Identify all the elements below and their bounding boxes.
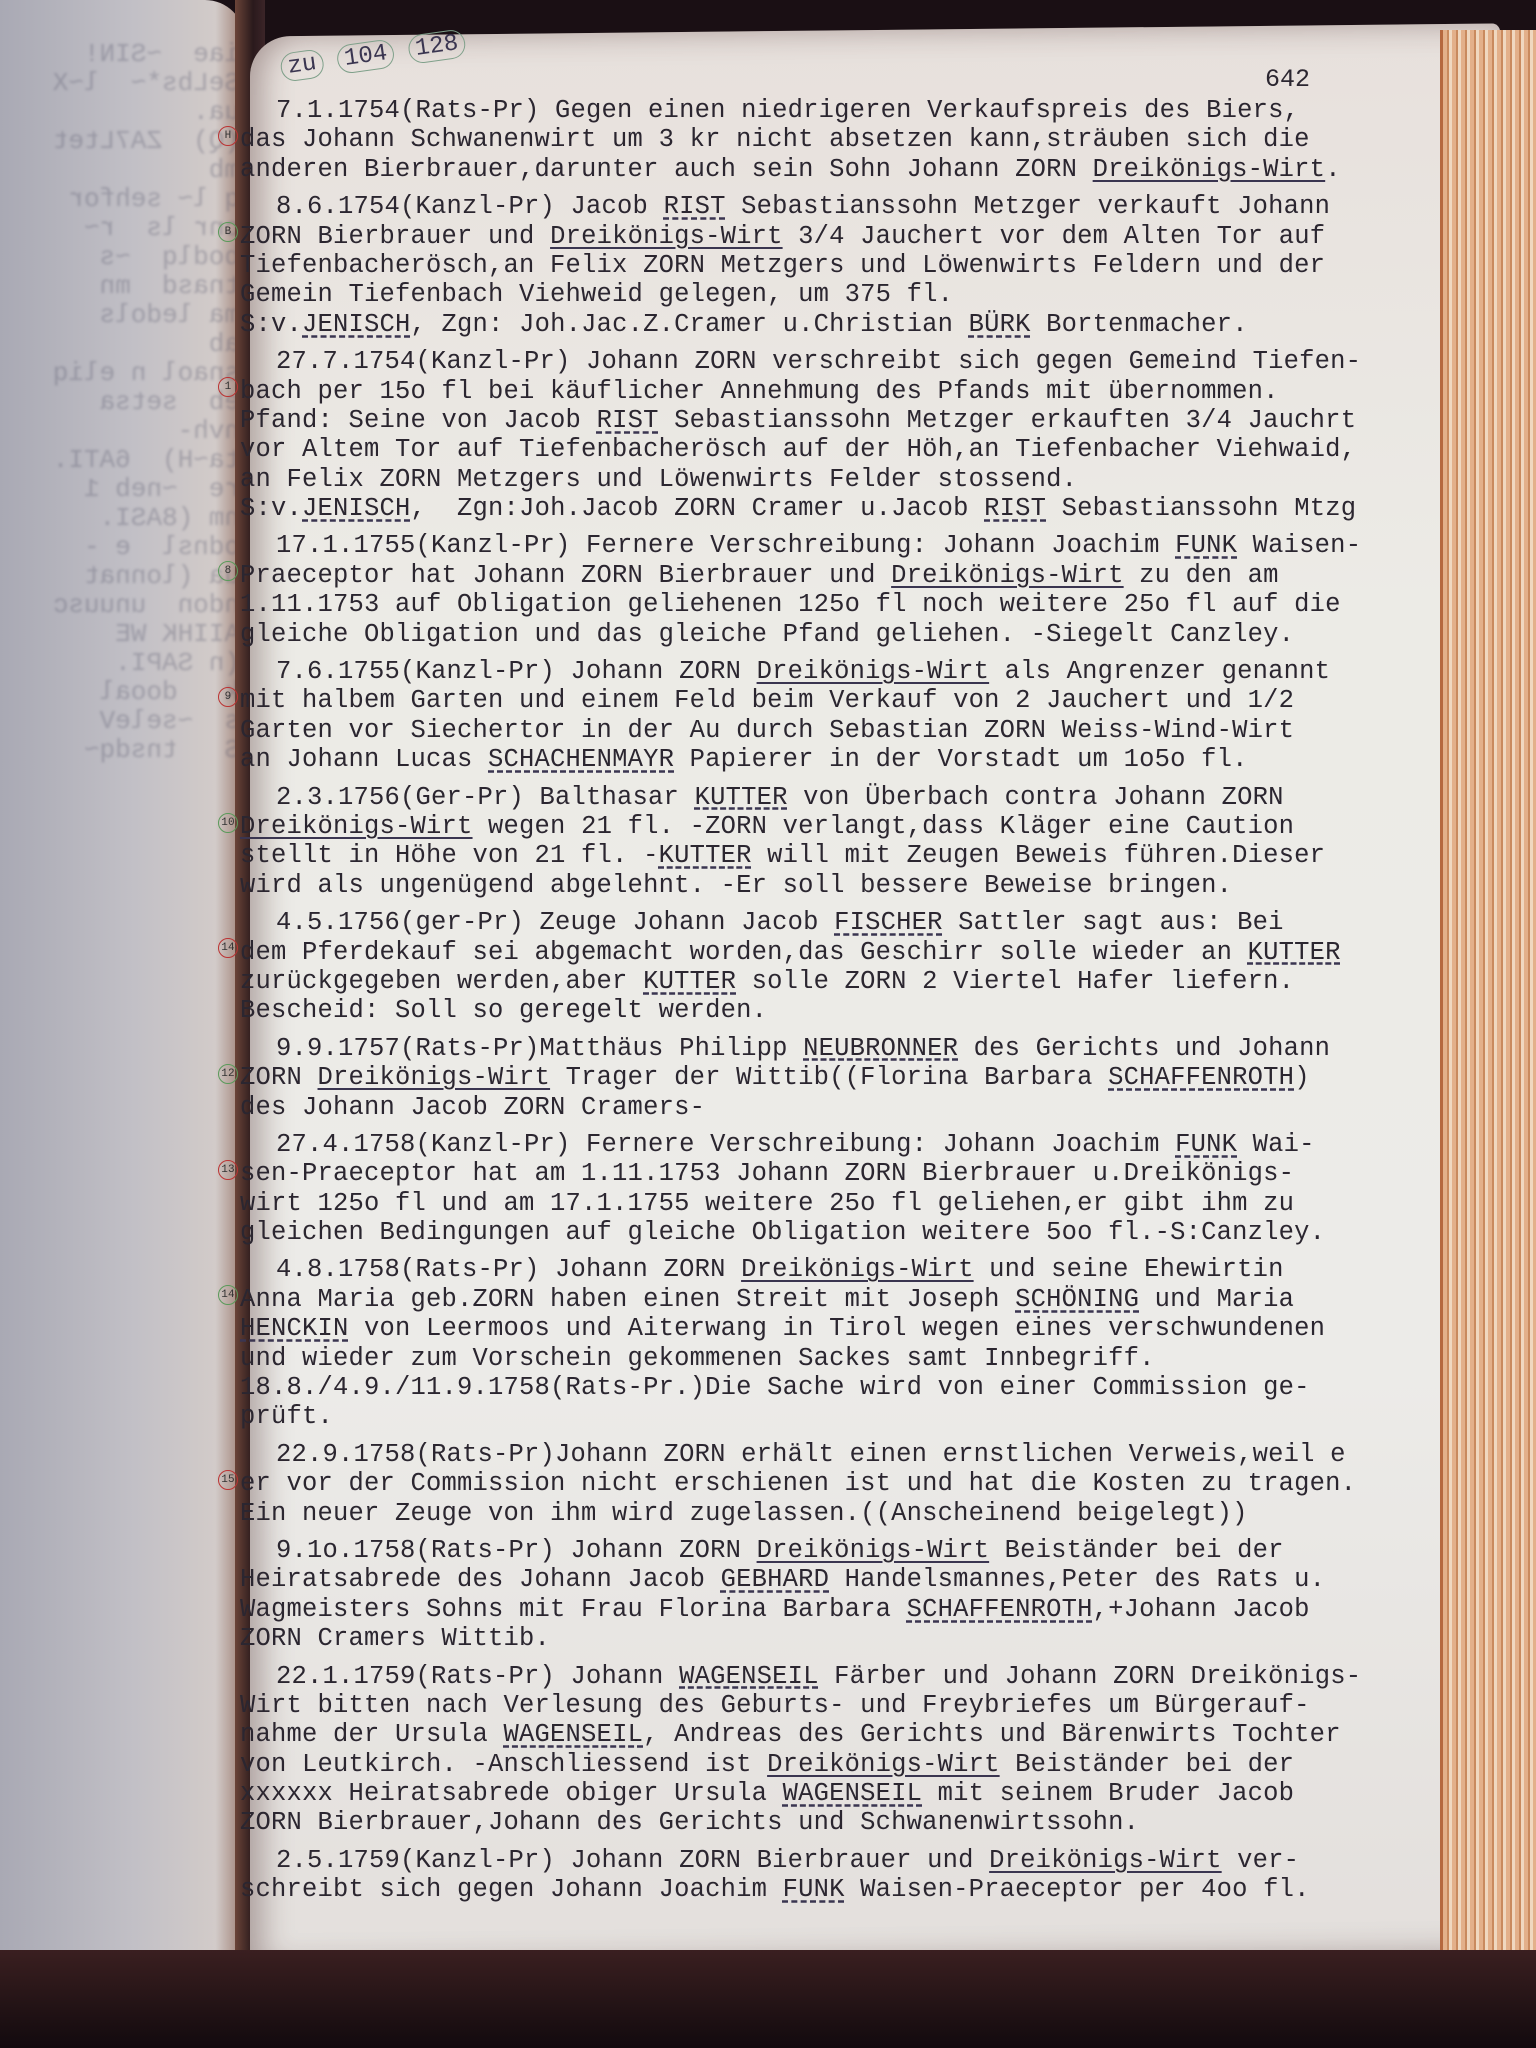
entry-22.1.1759: 22.1.1759(Rats-Pr) Johann WAGENSEIL Färb… (240, 1662, 1470, 1838)
entry-text-line: bach per 15o fl bei käuflicher Annehmung… (240, 377, 1470, 406)
entry-text-line: ZORN Dreikönigs-Wirt Trager der Wittib((… (240, 1063, 1470, 1092)
entry-text-line: Ein neuer Zeuge von ihm wird zugelassen.… (240, 1499, 1470, 1528)
margin-annotation-mark: 13 (218, 1160, 238, 1180)
entry-text-line: nahme der Ursula WAGENSEIL, Andreas des … (240, 1720, 1470, 1749)
entry-text-line: das Johann Schwanenwirt um 3 kr nicht ab… (240, 125, 1470, 154)
entry-text-line: er vor der Commission nicht erschienen i… (240, 1469, 1470, 1498)
entry-text-line: Dreikönigs-Wirt wegen 21 fl. -ZORN verla… (240, 812, 1470, 841)
entry-27.4.1758: 27.4.1758(Kanzl-Pr) Fernere Verschreibun… (240, 1130, 1470, 1248)
entry-17.1.1755: 17.1.1755(Kanzl-Pr) Fernere Verschreibun… (240, 531, 1470, 649)
entry-text-line: prüft. (240, 1402, 1470, 1431)
entry-text-line: xxxxxx Heiratsabrede obiger Ursula WAGEN… (240, 1779, 1470, 1808)
entry-text-line: Wirt bitten nach Verlesung des Geburts- … (240, 1691, 1470, 1720)
entry-heading-line: 9.1o.1758(Rats-Pr) Johann ZORN Dreikönig… (240, 1536, 1470, 1565)
entry-heading-line: 4.5.1756(ger-Pr) Zeuge Johann Jacob FISC… (240, 908, 1470, 937)
entry-9.10.1758: 9.1o.1758(Rats-Pr) Johann ZORN Dreikönig… (240, 1536, 1470, 1654)
entry-text-line: gleiche Obligation und das gleiche Pfand… (240, 620, 1470, 649)
entry-text-line: Heiratsabrede des Johann Jacob GEBHARD H… (240, 1565, 1470, 1594)
entry-text-line: Praeceptor hat Johann ZORN Bierbrauer un… (240, 561, 1470, 590)
entry-text-line: Gemein Tiefenbach Viehweid gelegen, um 3… (240, 280, 1470, 309)
margin-annotation-mark: 15 (218, 1470, 238, 1490)
entry-text-line: Pfand: Seine von Jacob RIST Sebastiansso… (240, 406, 1470, 435)
entry-9.9.1757: 9.9.1757(Rats-Pr)Matthäus Philipp NEUBRO… (240, 1034, 1470, 1122)
entry-heading-line: 2.3.1756(Ger-Pr) Balthasar KUTTER von Üb… (240, 783, 1470, 812)
entry-heading-line: 9.9.1757(Rats-Pr)Matthäus Philipp NEUBRO… (240, 1034, 1470, 1063)
entry-7.6.1755: 7.6.1755(Kanzl-Pr) Johann ZORN Dreikönig… (240, 657, 1470, 775)
entry-text-line: schreibt sich gegen Johann Joachim FUNK … (240, 1875, 1470, 1904)
entry-text-line: HENCKIN von Leermoos und Aiterwang in Ti… (240, 1314, 1470, 1343)
entry-text-line: von Leutkirch. -Anschliessend ist Dreikö… (240, 1750, 1470, 1779)
entry-22.9.1758: 22.9.1758(Rats-Pr)Johann ZORN erhält ein… (240, 1440, 1470, 1528)
entry-text-line: ZORN Bierbrauer und Dreikönigs-Wirt 3/4 … (240, 222, 1470, 251)
entry-text-line: 1.11.1753 auf Obligation geliehenen 125o… (240, 590, 1470, 619)
entry-heading-line: 7.6.1755(Kanzl-Pr) Johann ZORN Dreikönig… (240, 657, 1470, 686)
margin-annotation-mark: 12 (218, 1064, 238, 1084)
left-page-bleed-through-text: iae ~SIN! SeLbs*~ l~X ua. (Q) ZA7Ltet mb… (0, 40, 240, 765)
entry-text-line: des Johann Jacob ZORN Cramers- (240, 1093, 1470, 1122)
entry-heading-line: 27.4.1758(Kanzl-Pr) Fernere Verschreibun… (240, 1130, 1470, 1159)
entry-text-line: Wagmeisters Sohns mit Frau Florina Barba… (240, 1595, 1470, 1624)
entry-8.6.1754: 8.6.1754(Kanzl-Pr) Jacob RIST Sebastians… (240, 192, 1470, 339)
entry-text-line: sen-Praeceptor hat am 1.11.1753 Johann Z… (240, 1159, 1470, 1188)
entry-text-line: 18.8./4.9./11.9.1758(Rats-Pr.)Die Sache … (240, 1373, 1470, 1402)
entry-heading-line: 27.7.1754(Kanzl-Pr) Johann ZORN verschre… (240, 347, 1470, 376)
entry-4.8.1758: 4.8.1758(Rats-Pr) Johann ZORN Dreikönigs… (240, 1255, 1470, 1431)
margin-annotation-mark: 9 (218, 687, 238, 707)
entry-2.3.1756: 2.3.1756(Ger-Pr) Balthasar KUTTER von Üb… (240, 783, 1470, 901)
entry-text-line: ZORN Cramers Wittib. (240, 1624, 1470, 1653)
entry-text-line: Garten vor Siechertor in der Au durch Se… (240, 716, 1470, 745)
entry-27.7.1754: 27.7.1754(Kanzl-Pr) Johann ZORN verschre… (240, 347, 1470, 523)
entry-4.5.1756: 4.5.1756(ger-Pr) Zeuge Johann Jacob FISC… (240, 908, 1470, 1026)
margin-annotation-mark: H (218, 126, 238, 146)
entry-text-line: und wieder zum Vorschein gekommenen Sack… (240, 1344, 1470, 1373)
margin-annotation-mark: 1 (218, 377, 238, 397)
page-body: 7.1.1754(Rats-Pr) Gegen einen niedrigere… (240, 88, 1470, 1905)
entry-text-line: S:v.JENISCH, Zgn:Joh.Jacob ZORN Cramer u… (240, 494, 1470, 523)
entry-text-line: an Felix ZORN Metzgers und Löwenwirts Fe… (240, 465, 1470, 494)
bottom-shadow (0, 1950, 1536, 2048)
entry-text-line: gleichen Bedingungen auf gleiche Obligat… (240, 1218, 1470, 1247)
entry-text-line: dem Pferdekauf sei abgemacht worden,das … (240, 938, 1470, 967)
entry-heading-line: 8.6.1754(Kanzl-Pr) Jacob RIST Sebastians… (240, 192, 1470, 221)
entry-heading-line: 4.8.1758(Rats-Pr) Johann ZORN Dreikönigs… (240, 1255, 1470, 1284)
entry-text-line: wirt 125o fl und am 17.1.1755 weitere 25… (240, 1189, 1470, 1218)
entry-text-line: mit halbem Garten und einem Feld beim Ve… (240, 686, 1470, 715)
entry-heading-line: 7.1.1754(Rats-Pr) Gegen einen niedrigere… (240, 96, 1470, 125)
entry-text-line: Anna Maria geb.ZORN haben einen Streit m… (240, 1285, 1470, 1314)
entry-2.5.1759: 2.5.1759(Kanzl-Pr) Johann ZORN Bierbraue… (240, 1846, 1470, 1905)
entry-text-line: S:v.JENISCH, Zgn: Joh.Jac.Z.Cramer u.Chr… (240, 310, 1470, 339)
entry-text-line: Bescheid: Soll so geregelt werden. (240, 996, 1470, 1025)
margin-annotation-mark: 10 (218, 813, 238, 833)
entry-text-line: Tiefenbacherösch,an Felix ZORN Metzgers … (240, 251, 1470, 280)
entry-text-line: stellt in Höhe von 21 fl. -KUTTER will m… (240, 841, 1470, 870)
entry-heading-line: 22.9.1758(Rats-Pr)Johann ZORN erhält ein… (240, 1440, 1470, 1469)
entry-text-line: ZORN Bierbrauer,Johann des Gerichts und … (240, 1808, 1470, 1837)
entry-7.1.1754: 7.1.1754(Rats-Pr) Gegen einen niedrigere… (240, 96, 1470, 184)
entry-text-line: zurückgegeben werden,aber KUTTER solle Z… (240, 967, 1470, 996)
entry-heading-line: 17.1.1755(Kanzl-Pr) Fernere Verschreibun… (240, 531, 1470, 560)
entry-text-line: wird als ungenügend abgelehnt. -Er soll … (240, 871, 1470, 900)
entry-text-line: an Johann Lucas SCHACHENMAYR Papierer in… (240, 745, 1470, 774)
entry-heading-line: 22.1.1759(Rats-Pr) Johann WAGENSEIL Färb… (240, 1662, 1470, 1691)
entry-heading-line: 2.5.1759(Kanzl-Pr) Johann ZORN Bierbraue… (240, 1846, 1470, 1875)
entry-text-line: vor Altem Tor auf Tiefenbacherösch auf d… (240, 435, 1470, 464)
entry-text-line: anderen Bierbrauer,darunter auch sein So… (240, 155, 1470, 184)
left-page: iae ~SIN! SeLbs*~ l~X ua. (Q) ZA7Ltet mb… (0, 0, 245, 1960)
